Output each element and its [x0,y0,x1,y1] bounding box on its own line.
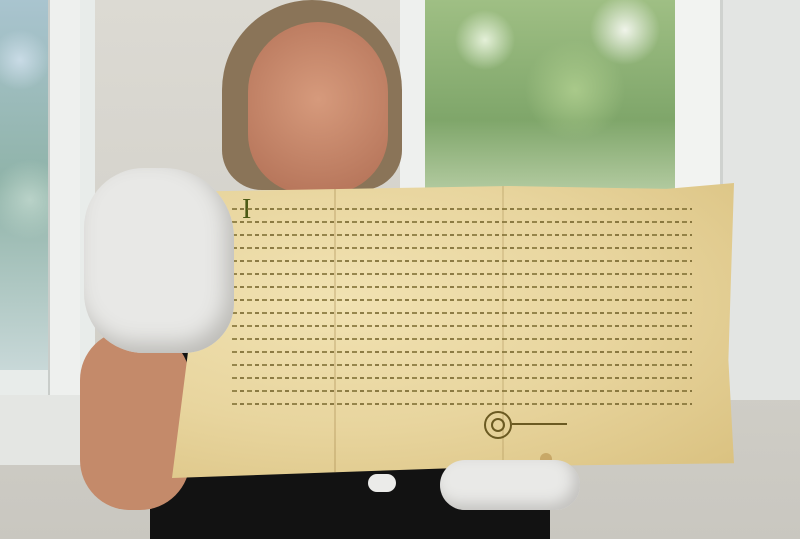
rosette-notary-mark [484,411,512,439]
script-line [232,221,692,223]
script-line [232,234,692,236]
person-arm [80,330,190,510]
script-line [232,273,692,275]
glove-fingertip [368,474,396,492]
script-line [232,312,692,314]
white-glove-left-hand [84,168,234,353]
window-left [0,0,95,400]
handwritten-text [232,208,692,416]
script-line [232,390,692,392]
window-glass-left [0,0,48,370]
photo-scene: I [0,0,800,539]
script-line [232,286,692,288]
script-line [232,403,692,405]
script-line [232,351,692,353]
script-line [232,260,692,262]
window-frame-left [48,0,80,400]
script-line [232,377,692,379]
manuscript-parchment: I [172,183,734,478]
person-face [248,22,388,194]
window-glass-right [425,0,675,200]
script-line [232,299,692,301]
white-glove-right-hand [440,460,580,510]
script-line [232,325,692,327]
script-line [232,364,692,366]
script-line [232,247,692,249]
script-line [232,338,692,340]
script-line [232,208,692,210]
signature-flourish [512,423,567,425]
